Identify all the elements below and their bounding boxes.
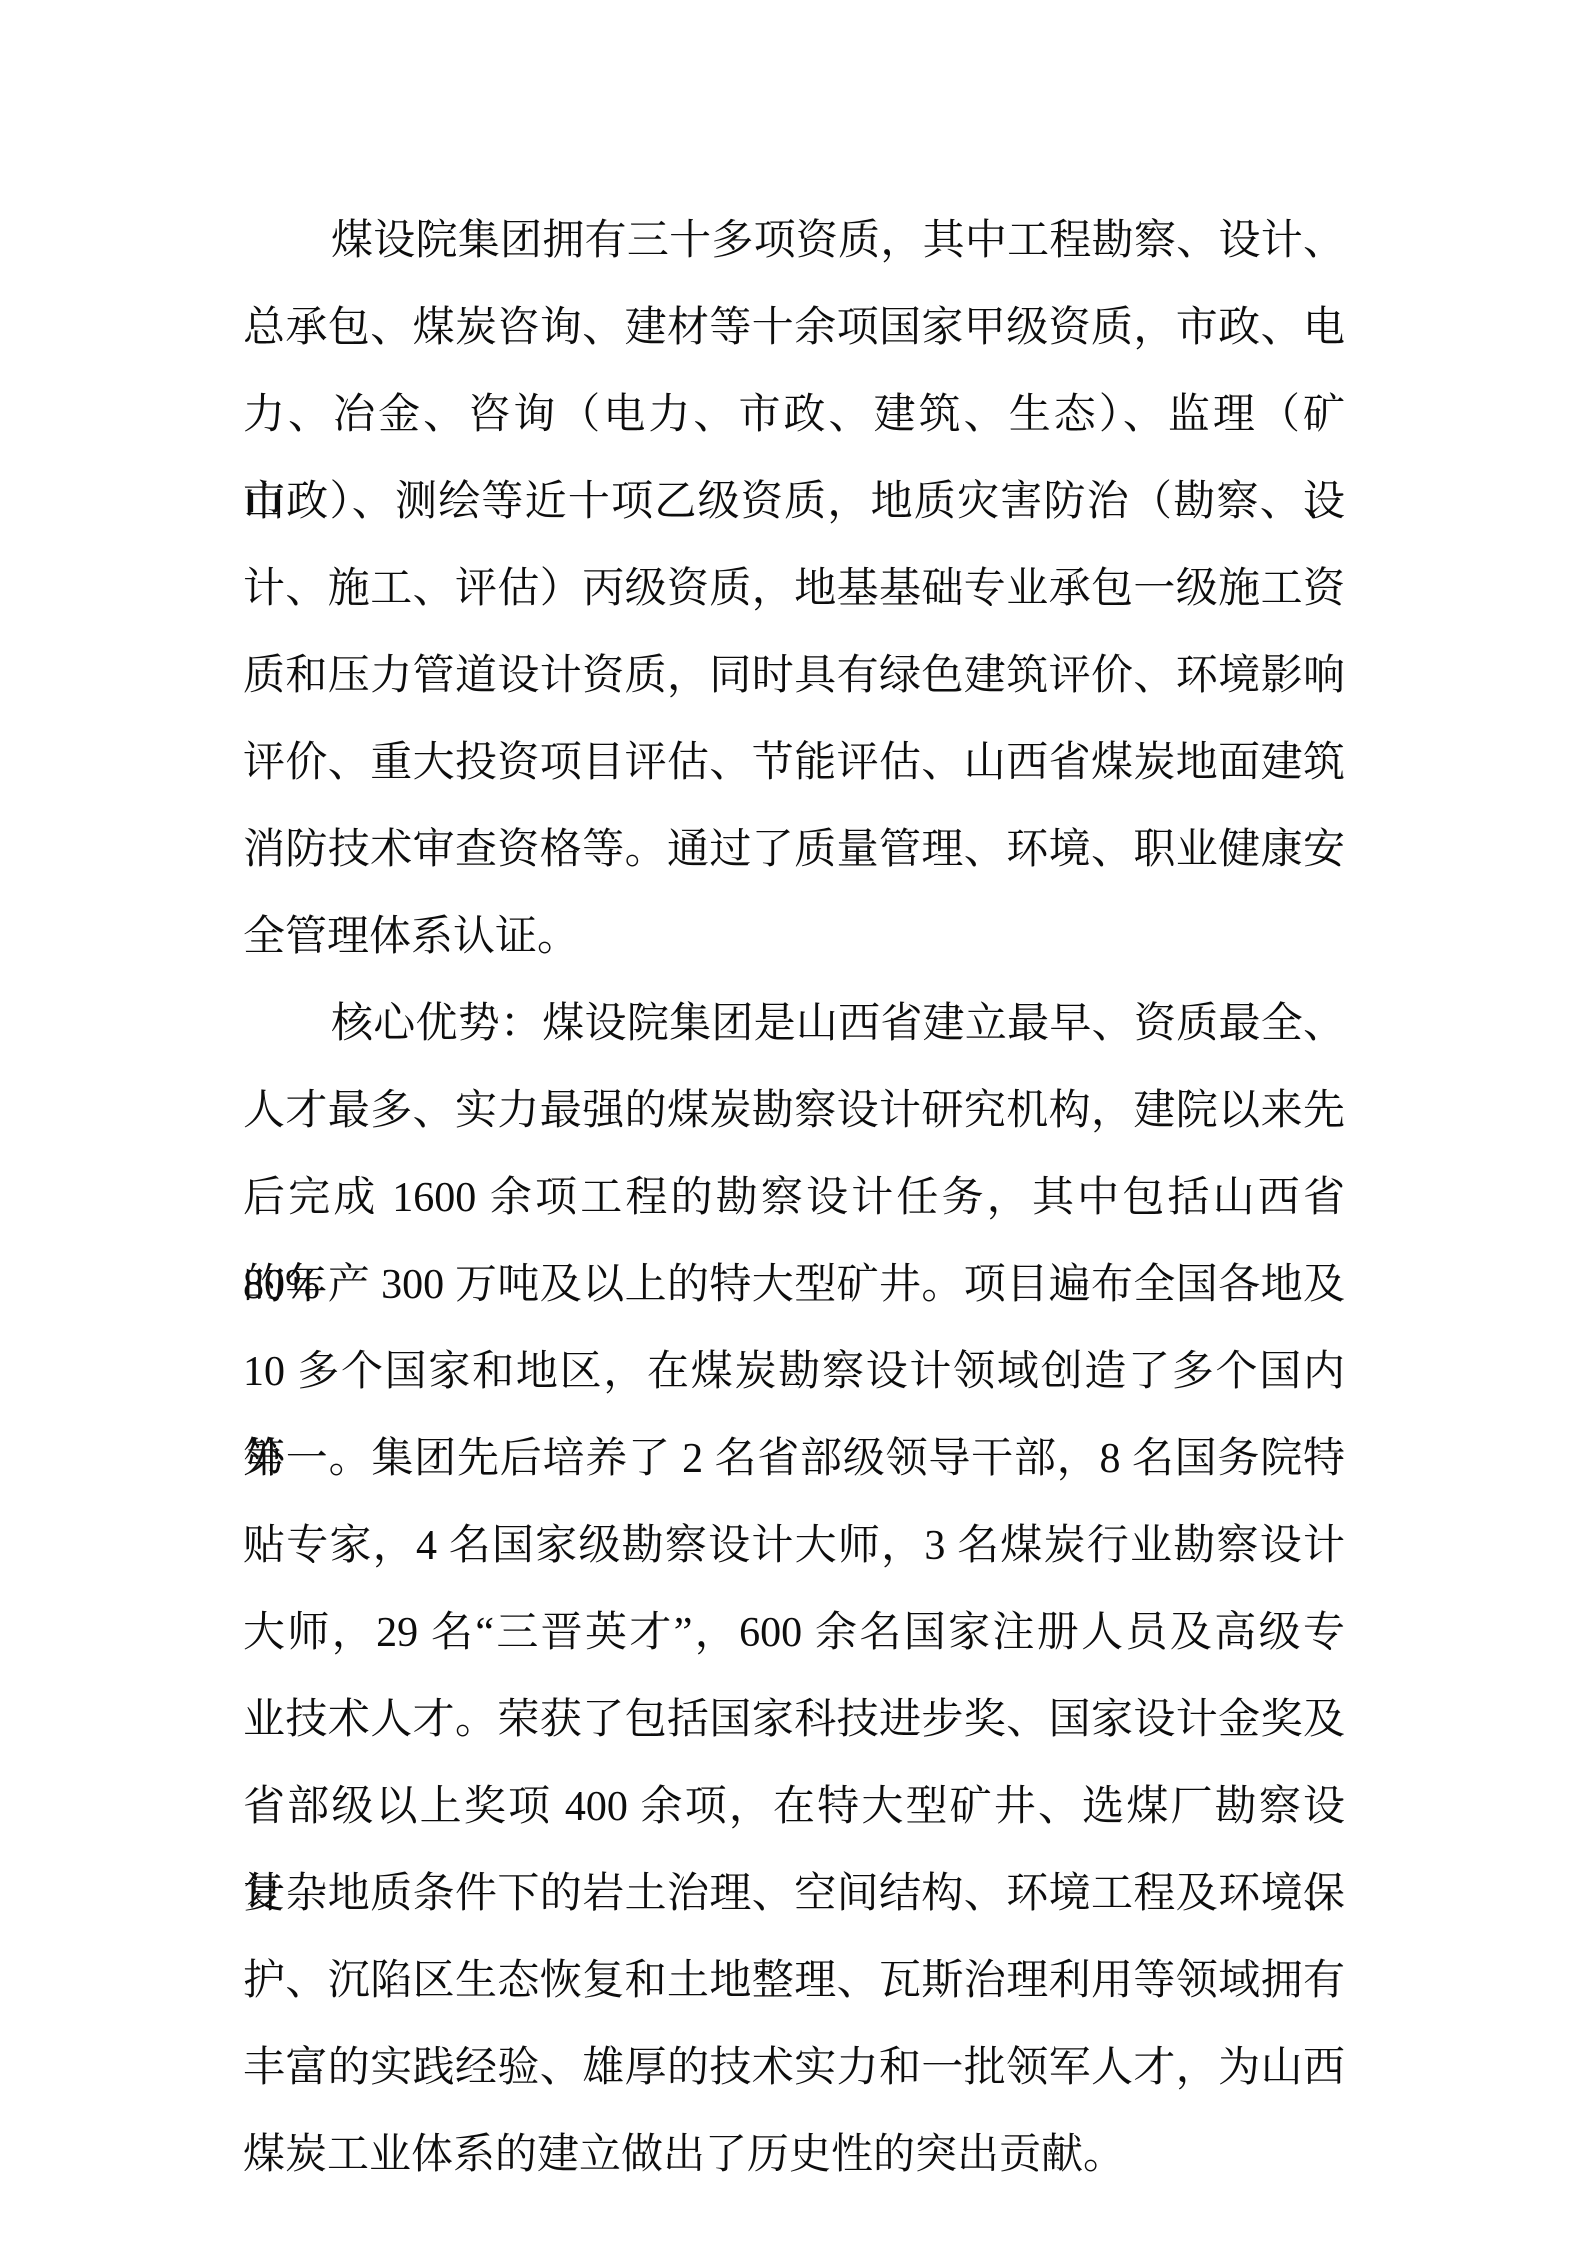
document-line: 市政）、测绘等近十项乙级资质，地质灾害防治（勘察、设 xyxy=(243,459,1345,546)
document-line: 大师，29 名“三晋英才”，600 余名国家注册人员及高级专 xyxy=(243,1590,1345,1677)
document-line: 煤炭工业体系的建立做出了历史性的突出贡献。 xyxy=(243,2112,1345,2199)
document-line: 计、施工、评估）丙级资质，地基基础专业承包一级施工资 xyxy=(243,546,1345,633)
document-line: 总承包、煤炭咨询、建材等十余项国家甲级资质，市政、电 xyxy=(243,285,1345,372)
document-line: 人才最多、实力最强的煤炭勘察设计研究机构，建院以来先 xyxy=(243,1068,1345,1155)
paragraph-core-advantages: 核心优势：煤设院集团是山西省建立最早、资质最全、 人才最多、实力最强的煤炭勘察设… xyxy=(243,981,1345,2199)
document-line: 质和压力管道设计资质，同时具有绿色建筑评价、环境影响 xyxy=(243,633,1345,720)
document-line: 的年产 300 万吨及以上的特大型矿井。项目遍布全国各地及 xyxy=(243,1242,1345,1329)
document-line: 贴专家，4 名国家级勘察设计大师，3 名煤炭行业勘察设计 xyxy=(243,1503,1345,1590)
document-line: 评价、重大投资项目评估、节能评估、山西省煤炭地面建筑 xyxy=(243,720,1345,807)
document-line: 煤设院集团拥有三十多项资质，其中工程勘察、设计、 xyxy=(243,198,1345,285)
document-line: 复杂地质条件下的岩土治理、空间结构、环境工程及环境保 xyxy=(243,1851,1345,1938)
document-line: 核心优势：煤设院集团是山西省建立最早、资质最全、 xyxy=(243,981,1345,1068)
document-line: 力、冶金、咨询（电力、市政、建筑、生态）、监理（矿山、 xyxy=(243,372,1345,459)
document-line: 消防技术审查资格等。通过了质量管理、环境、职业健康安 xyxy=(243,807,1345,894)
paragraph-qualifications: 煤设院集团拥有三十多项资质，其中工程勘察、设计、 总承包、煤炭咨询、建材等十余项… xyxy=(243,198,1345,981)
document-line: 全管理体系认证。 xyxy=(243,894,1345,981)
document-page: 煤设院集团拥有三十多项资质，其中工程勘察、设计、 总承包、煤炭咨询、建材等十余项… xyxy=(0,0,1587,2245)
document-line: 业技术人才。荣获了包括国家科技进步奖、国家设计金奖及 xyxy=(243,1677,1345,1764)
document-line: 10 多个国家和地区，在煤炭勘察设计领域创造了多个国内外 xyxy=(243,1329,1345,1416)
document-line: 后完成 1600 余项工程的勘察设计任务，其中包括山西省 80% xyxy=(243,1155,1345,1242)
document-line: 第一。集团先后培养了 2 名省部级领导干部，8 名国务院特 xyxy=(243,1416,1345,1503)
document-line: 省部级以上奖项 400 余项，在特大型矿井、选煤厂勘察设计、 xyxy=(243,1764,1345,1851)
document-line: 丰富的实践经验、雄厚的技术实力和一批领军人才，为山西 xyxy=(243,2025,1345,2112)
document-line: 护、沉陷区生态恢复和土地整理、瓦斯治理利用等领域拥有 xyxy=(243,1938,1345,2025)
